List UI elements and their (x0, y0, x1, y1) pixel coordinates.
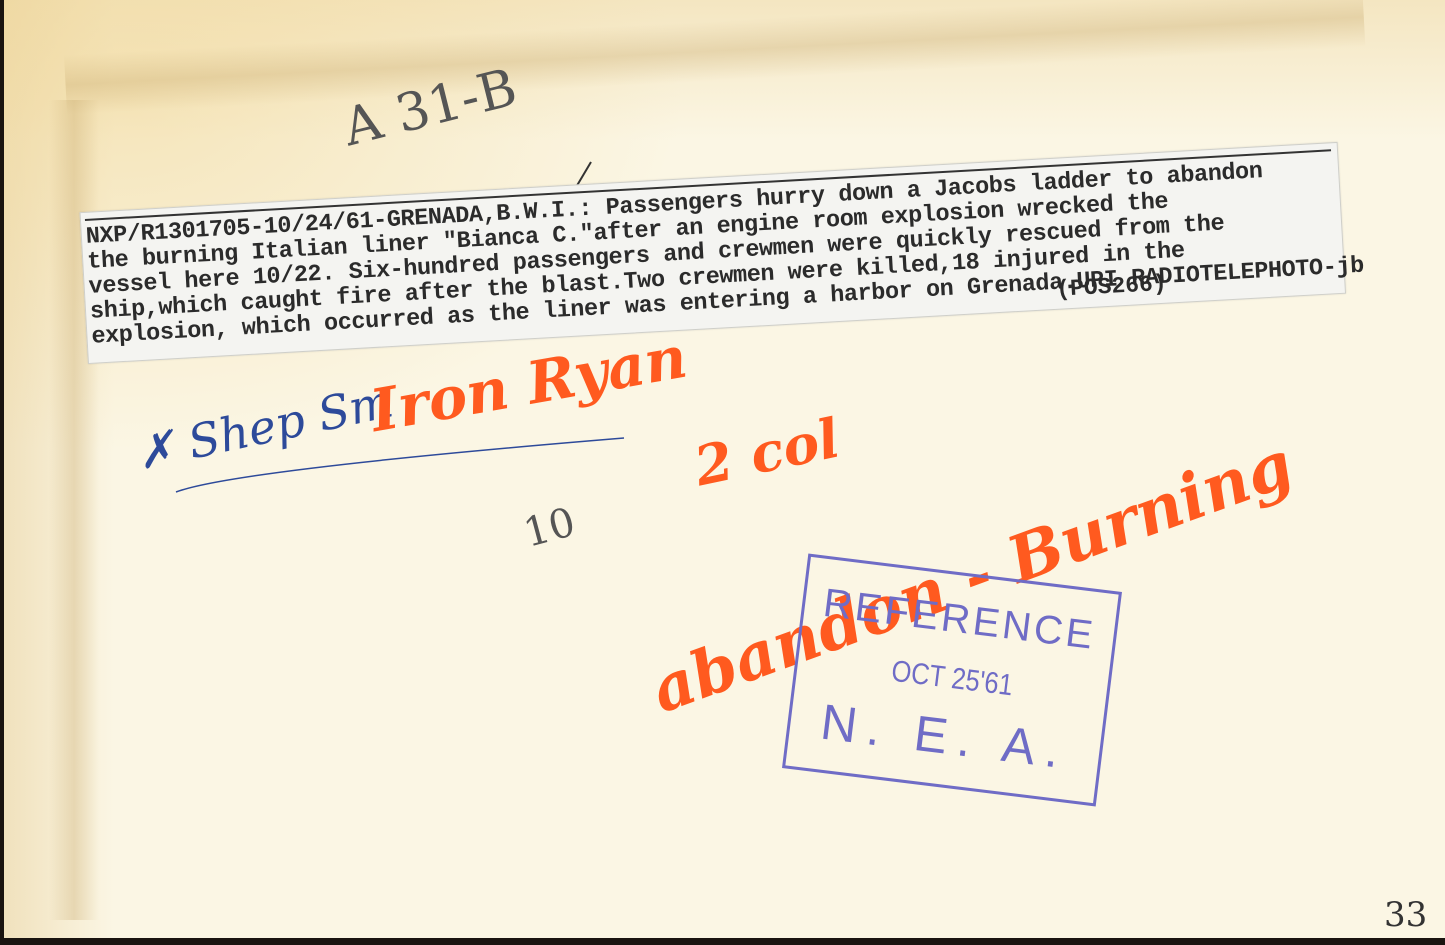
fold-shadow-horizontal (64, 0, 1365, 115)
caption-suffix: (POS266) (1056, 271, 1168, 303)
reference-stamp: REFERENCE OCT 25'61 N. E. A. (782, 554, 1122, 807)
crayon-annotation-columns: 2 col (689, 406, 845, 499)
photo-back: A 31-B NXP/R1301705-10/24/61-GRENADA,B.W… (4, 0, 1445, 938)
typed-caption-strip: NXP/R1301705-10/24/61-GRENADA,B.W.I.: Pa… (80, 142, 1347, 364)
page-number: 33 (1384, 895, 1427, 935)
pencil-number: 10 (519, 499, 580, 557)
